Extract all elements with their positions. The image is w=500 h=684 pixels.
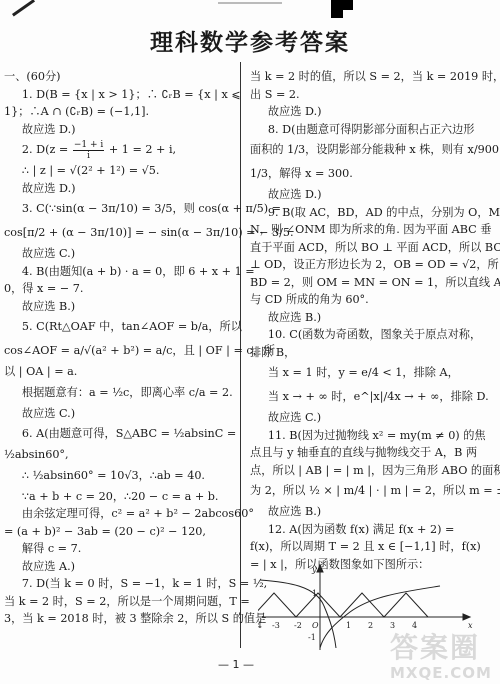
answer-q4: 4. B(由题知(a + b) · a = 0，即 6 + x + 1 = 0，… <box>4 263 236 316</box>
header-registration-mark <box>331 0 353 18</box>
svg-text:-1: -1 <box>308 633 316 642</box>
scan-artifact-stroke <box>12 0 35 16</box>
answer-q6: 6. A(由题意可得，S△ABC = ½absinC = ½absin60°, … <box>4 422 236 575</box>
svg-text:1: 1 <box>312 589 317 598</box>
answer-q1: 1. D(B = {x | x > 1}；∴ ∁ᵣB = {x | x ⩽ 1}… <box>4 86 236 139</box>
fraction: −1 + ii <box>73 140 104 161</box>
svg-text:-3: -3 <box>272 621 280 630</box>
header-faint-text <box>218 2 282 4</box>
answer-q10: 10. C(函数为奇函数，图象关于原点对称， 排除 B， 当 x = 1 时，y… <box>250 326 494 427</box>
section-heading: 一、(60分) <box>4 68 236 86</box>
page-title: 理科数学参考答案 <box>0 24 500 57</box>
svg-text:y: y <box>311 565 317 574</box>
y-axis-arrow-icon <box>317 565 323 572</box>
right-column: 当 k = 2 时的值，所以 S = 2，当 k = 2019 时，输 出 S … <box>250 68 494 573</box>
answer-q7: 7. D(当 k = 0 时，S = −1，k = 1 时，S = ½, 当 k… <box>4 575 236 628</box>
answer-q8: 8. D(由题意可得阴影部分面积占正六边形 面积的 1/3，设阴影部分能栽种 x… <box>250 121 494 204</box>
svg-text:O: O <box>312 621 319 630</box>
answer-q2: 2. D(z = −1 + ii + 1 = 2 + i, ∴ | z | = … <box>4 138 236 197</box>
svg-text:-4: -4 <box>258 621 262 630</box>
page-number: — 1 — <box>218 658 254 671</box>
answer-q11: 11. B(因为过抛物线 x² = my(m ≠ 0) 的焦 点且与 y 轴垂直… <box>250 427 494 521</box>
left-column: 一、(60分) 1. D(B = {x | x > 1}；∴ ∁ᵣB = {x … <box>4 68 236 628</box>
watermark: 答案圈 MXQE.COM <box>390 626 492 682</box>
x-axis-arrow-icon <box>463 614 470 620</box>
answer-q5: 5. C(Rt△OAF 中，tan∠AOF = b/a，所以 cos∠AOF =… <box>4 315 236 422</box>
periodic-function-curve <box>258 593 428 617</box>
svg-text:2: 2 <box>368 621 373 630</box>
answer-q9: 9. B(取 AC，BD，AD 的中点，分别为 O，M， N，则 ∠ONM 即为… <box>250 204 494 327</box>
svg-text:1: 1 <box>346 621 351 630</box>
svg-text:-2: -2 <box>294 621 302 630</box>
answer-q3: 3. C(∵sin(α − 3π/10) = 3/5，则 cos(α + π/5… <box>4 197 236 263</box>
answer-q7-continued: 当 k = 2 时的值，所以 S = 2，当 k = 2019 时，输 出 S … <box>250 68 494 121</box>
